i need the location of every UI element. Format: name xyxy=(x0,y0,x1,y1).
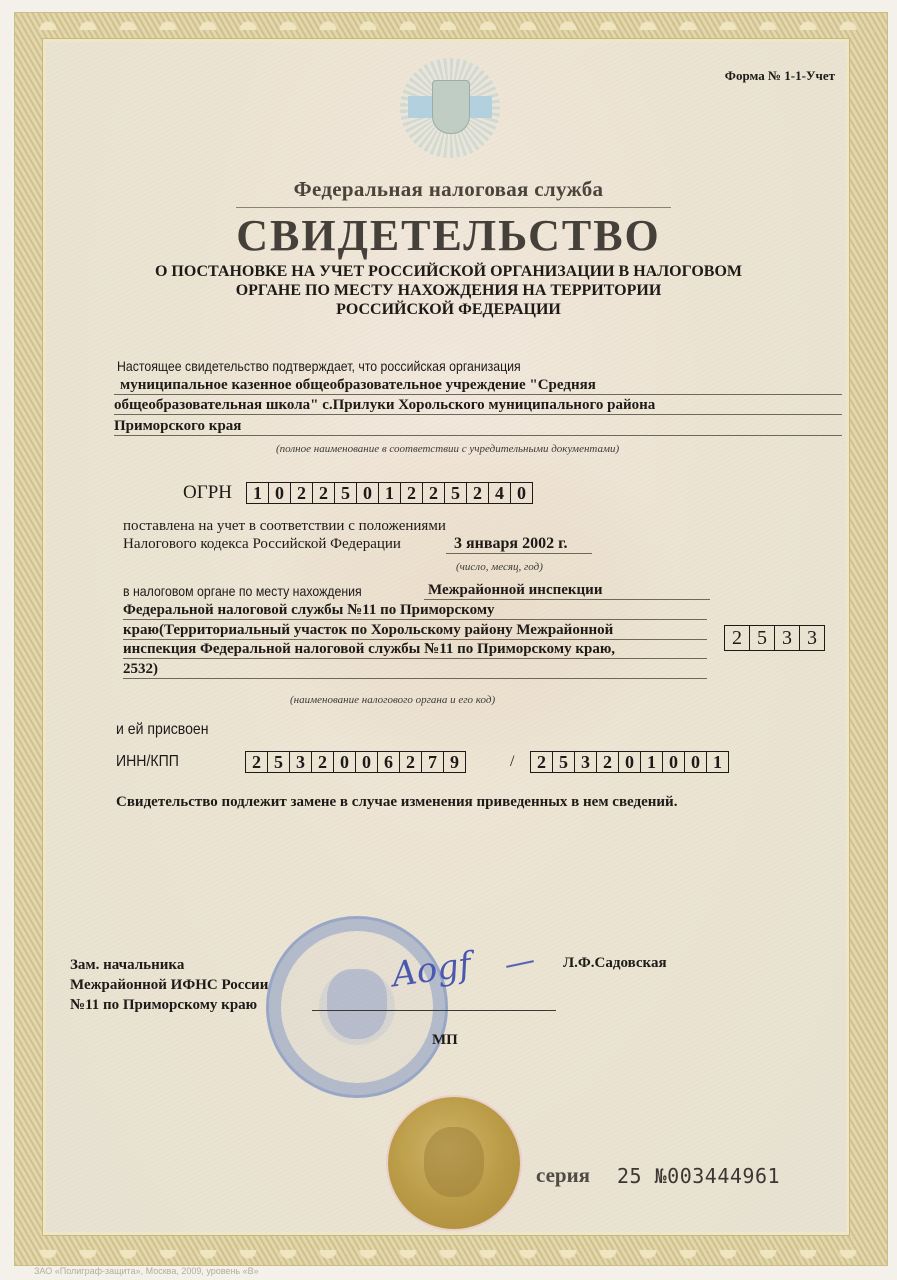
tax-authority-intro: в налоговом органе по месту нахождения xyxy=(123,583,362,599)
tax-code-digit: 2 xyxy=(725,626,749,650)
inn-digit: 2 xyxy=(246,752,267,772)
kpp-digit: 5 xyxy=(552,752,574,772)
registration-date: 3 января 2002 г. xyxy=(446,535,592,554)
org-name-hint: (полное наименование в соответствии с уч… xyxy=(276,443,619,455)
ogrn-digit: 4 xyxy=(488,483,510,503)
inn-digit: 3 xyxy=(289,752,311,772)
ogrn-digit: 1 xyxy=(247,483,268,503)
ogrn-digit: 5 xyxy=(444,483,466,503)
kpp-digit: 2 xyxy=(531,752,552,772)
tax-authority-hint: (наименование налогового органа и его ко… xyxy=(290,694,495,706)
registration-text-1: поставлена на учет в соответствии с поло… xyxy=(123,518,446,535)
document-title: СВИДЕТЕЛЬСТВО xyxy=(0,210,897,261)
official-stamp-icon xyxy=(266,916,448,1098)
inn-digit: 2 xyxy=(399,752,421,772)
org-intro: Настоящее свидетельство подтверждает, чт… xyxy=(117,358,521,374)
tax-authority-line-1: Федеральной налоговой службы №11 по Прим… xyxy=(123,602,707,620)
signatory-name: Л.Ф.Садовская xyxy=(563,955,667,972)
date-hint: (число, месяц, год) xyxy=(456,561,543,573)
ogrn-digit: 2 xyxy=(312,483,334,503)
inn-digit: 5 xyxy=(267,752,289,772)
tax-authority-line-2: краю(Территориальный участок по Хорольск… xyxy=(123,622,707,640)
inn-digit: 7 xyxy=(421,752,443,772)
tax-code-digit: 3 xyxy=(799,626,824,650)
kpp-field: 253201001 xyxy=(530,751,729,773)
ogrn-digit: 1 xyxy=(378,483,400,503)
tax-authority-code: 2533 xyxy=(724,625,825,651)
kpp-digit: 3 xyxy=(574,752,596,772)
tax-authority-line-4: 2532) xyxy=(123,661,707,679)
kpp-digit: 0 xyxy=(684,752,706,772)
stamp-place: МП xyxy=(432,1032,458,1049)
serial-number: 25 №003444961 xyxy=(617,1164,780,1188)
kpp-digit: 1 xyxy=(706,752,728,772)
inn-digit: 2 xyxy=(311,752,333,772)
kpp-digit: 0 xyxy=(662,752,684,772)
inn-kpp-separator: / xyxy=(510,753,514,771)
org-name-line-2: общеобразовательная школа" с.Прилуки Хор… xyxy=(114,397,842,415)
kpp-digit: 1 xyxy=(640,752,662,772)
border-ornament-top xyxy=(28,16,869,30)
printer-note: ЗАО «Полиграф-защита», Москва, 2009, уро… xyxy=(34,1266,259,1276)
inn-digit: 0 xyxy=(333,752,355,772)
ogrn-digit: 0 xyxy=(510,483,532,503)
org-name-line-1: муниципальное казенное общеобразовательн… xyxy=(114,377,842,395)
divider xyxy=(236,207,671,208)
ogrn-digit: 2 xyxy=(290,483,312,503)
serial-label: серия xyxy=(536,1163,590,1188)
inn-kpp-label: ИНН/КПП xyxy=(116,753,179,771)
ogrn-digit: 0 xyxy=(356,483,378,503)
org-name-line-3: Приморского края xyxy=(114,418,842,436)
inn-field: 2532006279 xyxy=(245,751,466,773)
inn-digit: 9 xyxy=(443,752,465,772)
inn-digit: 0 xyxy=(355,752,377,772)
inn-digit: 6 xyxy=(377,752,399,772)
signature-line xyxy=(312,1010,556,1011)
replacement-notice: Свидетельство подлежит замене в случае и… xyxy=(116,794,677,811)
ogrn-digit: 2 xyxy=(466,483,488,503)
gold-seal-icon xyxy=(388,1097,520,1229)
kpp-digit: 2 xyxy=(596,752,618,772)
registration-text-2: Налогового кодекса Российской Федерации xyxy=(123,536,401,553)
kpp-digit: 0 xyxy=(618,752,640,772)
ogrn-label: ОГРН xyxy=(183,482,232,504)
ogrn-digit: 0 xyxy=(268,483,290,503)
tax-code-digit: 5 xyxy=(749,626,774,650)
ogrn-digit: 2 xyxy=(422,483,444,503)
document-subtitle: О ПОСТАНОВКЕ НА УЧЕТ РОССИЙСКОЙ ОРГАНИЗА… xyxy=(0,262,897,319)
tax-authority-name-first: Межрайонной инспекции xyxy=(424,582,710,600)
hologram-emblem-icon xyxy=(400,58,500,158)
ogrn-field: 1022501225240 xyxy=(246,482,533,504)
tax-authority-line-3: инспекция Федеральной налоговой службы №… xyxy=(123,641,707,659)
border-ornament-bottom xyxy=(28,1250,869,1264)
ogrn-digit: 5 xyxy=(334,483,356,503)
agency-name: Федеральная налоговая служба xyxy=(0,177,897,202)
tax-code-digit: 3 xyxy=(774,626,799,650)
ogrn-digit: 2 xyxy=(400,483,422,503)
watermark-eagle-icon xyxy=(260,420,680,780)
assigned-intro: и ей присвоен xyxy=(116,721,209,739)
signatory-position: Зам. начальника Межрайонной ИФНС России … xyxy=(70,955,268,1015)
form-number: Форма № 1-1-Учет xyxy=(725,68,835,84)
